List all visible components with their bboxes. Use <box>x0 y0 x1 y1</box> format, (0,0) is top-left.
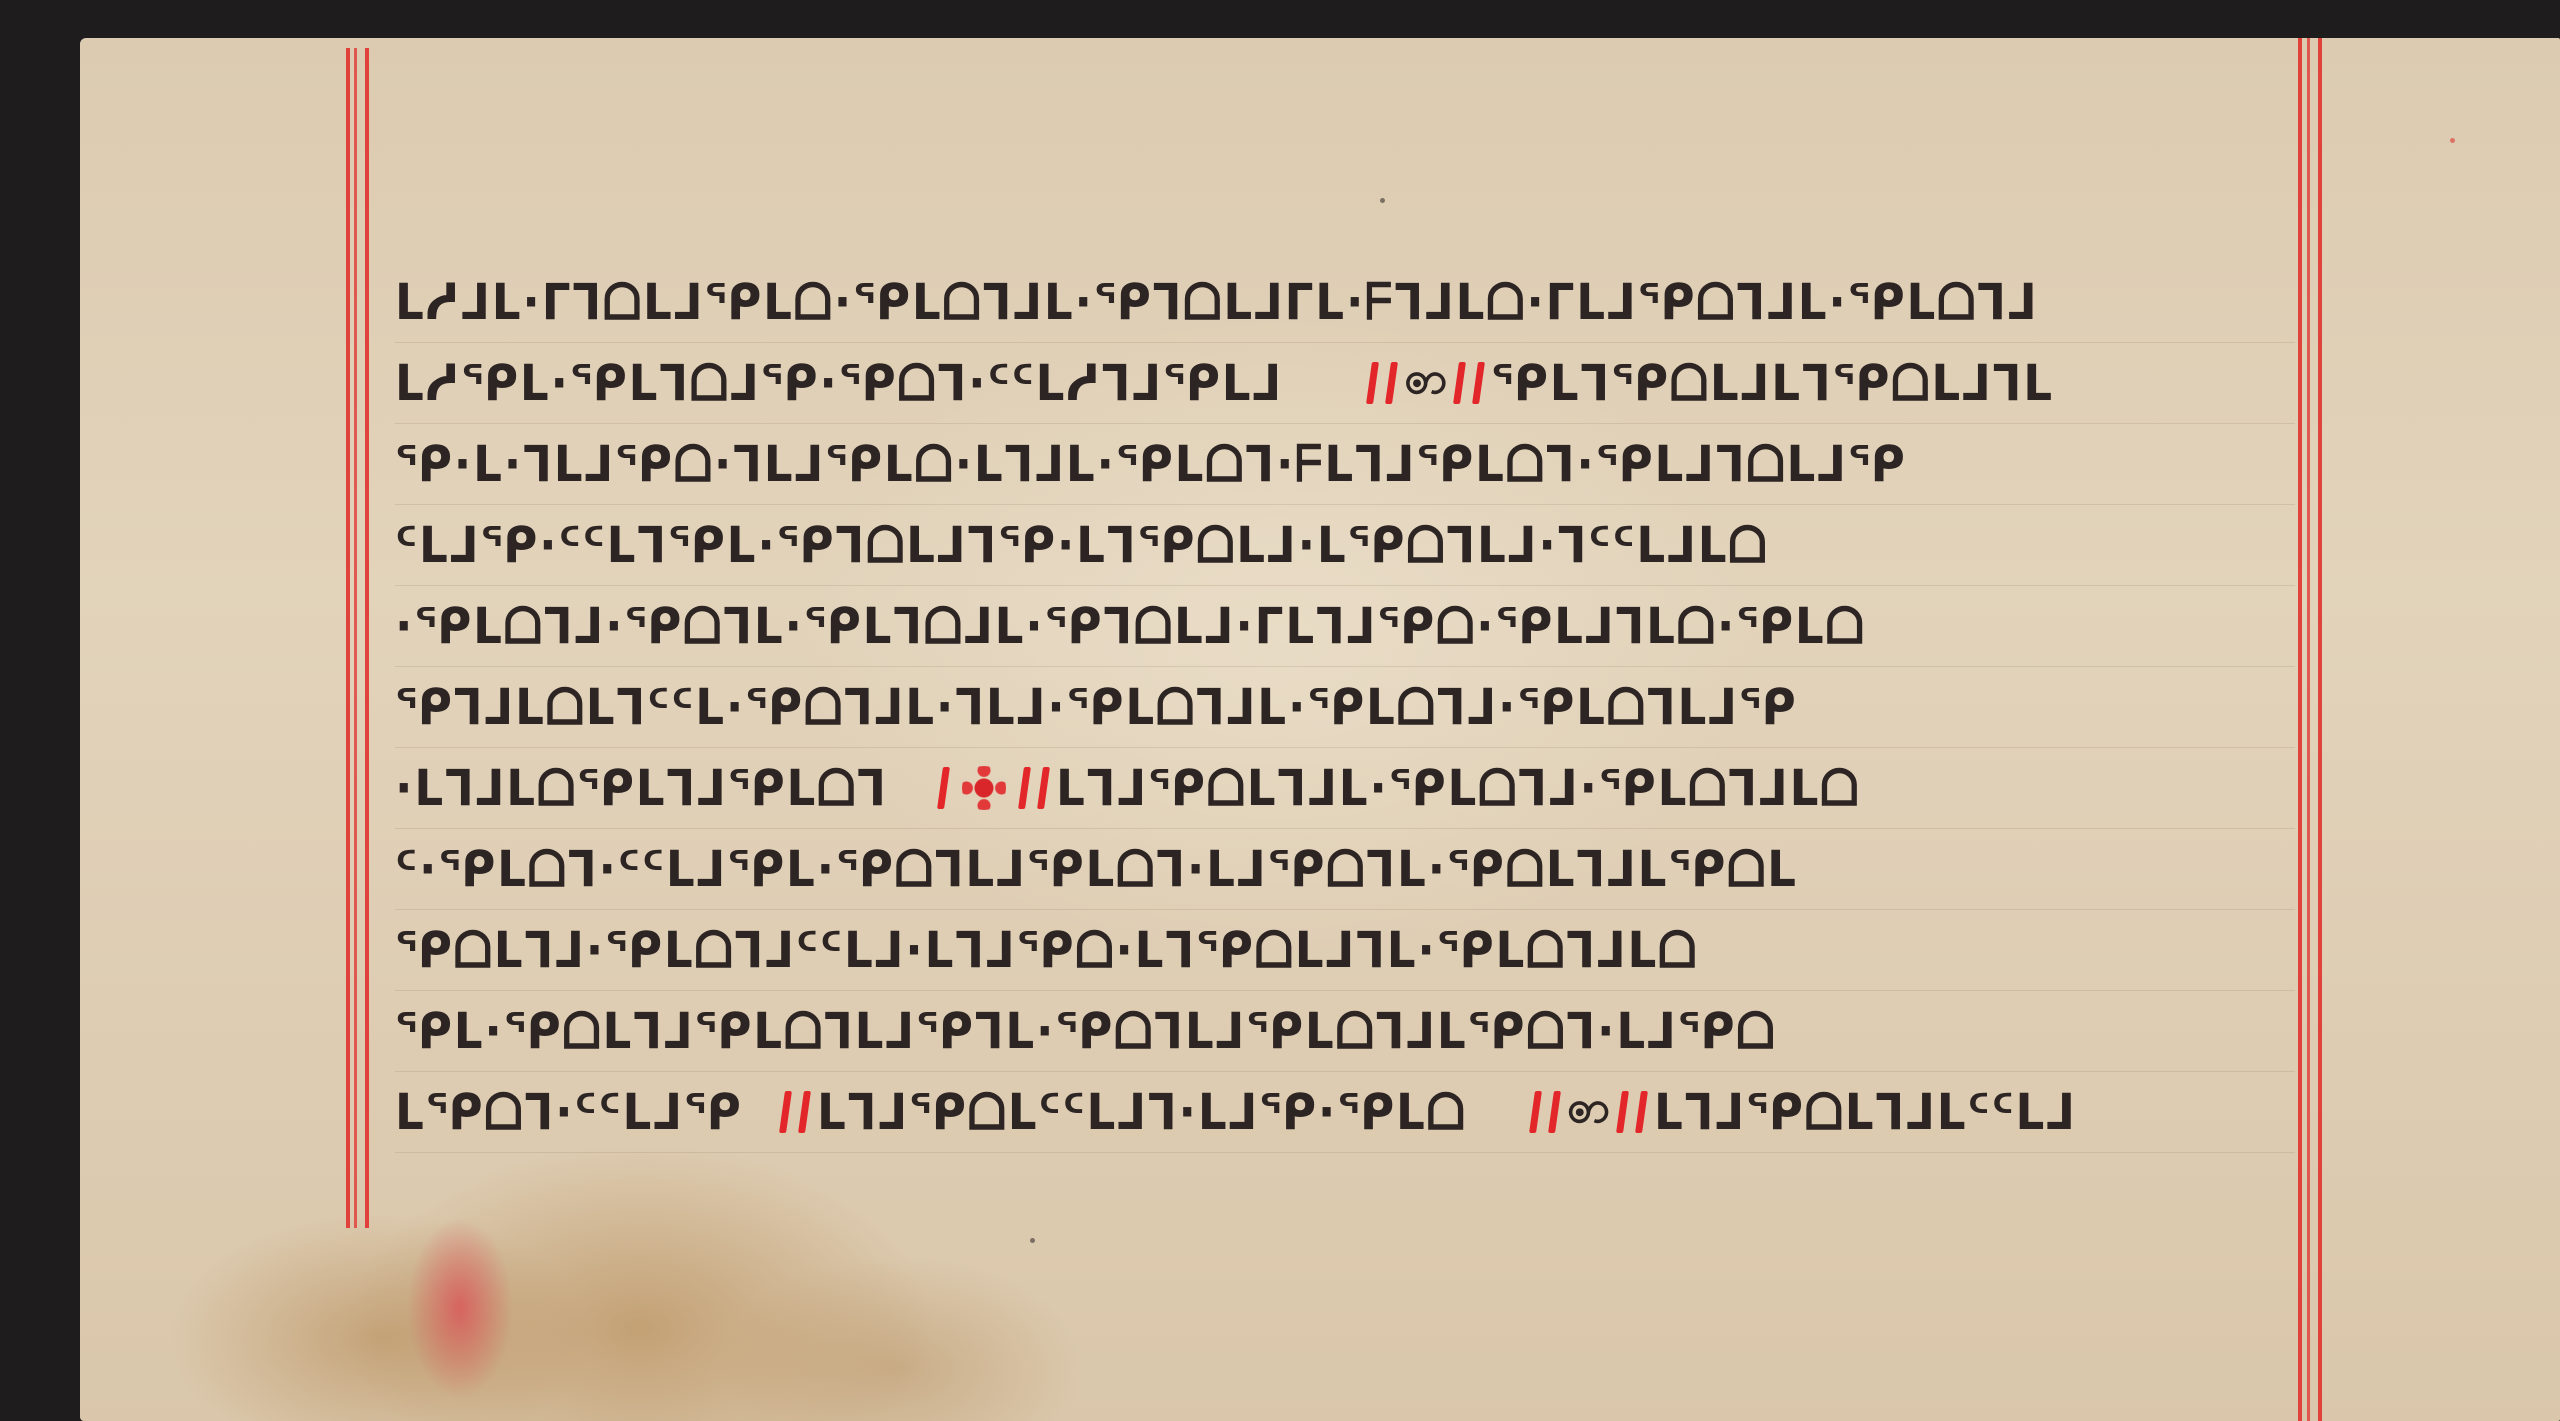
red-ink-stain <box>380 1188 540 1421</box>
text-line-4: ᑦᒪᒧᕿ·ᑦᑦᒪᒣᕿᒪ·ᕿᒣᗝᒪᒧᒣᕿ·ᒪᒣᕿᗝᒪᒧ·ᒪᕿᗝᒣᒪᒧ·ᒣᑦᑦᒪᒧᒪ… <box>395 505 2295 586</box>
line-glyphs: ᑦᒪᒧᕿ·ᑦᑦᒪᒣᕿᒪ·ᕿᒣᗝᒪᒧᒣᕿ·ᒪᒣᕿᗝᒪᒧ·ᒪᕿᗝᒣᒪᒧ·ᒣᑦᑦᒪᒧᒪ… <box>395 505 1768 585</box>
red-danda-mark <box>1037 767 1050 809</box>
line-glyphs: ᒪᒣᒧᕿᗝᒪᒣᒧᒪ·ᕿᒪᗝᒣᒧ·ᕿᒪᗝᒣᒧᒪᗝ <box>1056 748 1860 828</box>
right-margin-rule-2 <box>2307 38 2310 1421</box>
right-margin-rule-3 <box>2318 38 2322 1421</box>
red-danda-mark <box>798 1091 811 1133</box>
ink-speck <box>1380 198 1385 203</box>
red-danda-mark <box>1385 362 1398 404</box>
ink-speck <box>2450 138 2455 143</box>
ornament-mark: ꩦ <box>1404 351 1447 415</box>
red-danda-mark <box>1453 362 1466 404</box>
red-danda-mark <box>937 767 950 809</box>
text-line-8: ᑦ·ᕿᒪᗝᒣ·ᑦᑦᒪᒧᕿᒪ·ᕿᗝᒣᒪᒧᕿᒪᗝᒣ·ᒪᒧᕿᗝᒣᒪ·ᕿᗝᒪᒣᒧᒪᕿᗝᒪ <box>395 829 2295 910</box>
red-danda-mark <box>1472 362 1485 404</box>
line-glyphs: ᑦ·ᕿᒪᗝᒣ·ᑦᑦᒪᒧᕿᒪ·ᕿᗝᒣᒪᒧᕿᒪᗝᒣ·ᒪᒧᕿᗝᒣᒪ·ᕿᗝᒪᒣᒧᒪᕿᗝᒪ <box>395 829 1798 909</box>
text-line-3: ᕿ·ᒪ·ᒣᒪᒧᕿᗝ·ᒣᒪᒧᕿᒪᗝ·ᒪᒣᒧᒪ·ᕿᒪᗝᒣ·ᖴᒪᒣᒧᕿᒪᗝᒣ·ᕿᒪᒧᒣ… <box>395 424 2295 505</box>
line-glyphs: ᒪᕿᗝᒣ·ᑦᑦᒪᒧᕿ <box>395 1072 743 1152</box>
line-glyphs: ᒪᓱᕿᒪ·ᕿᒪᒣᗝᒧᕿ·ᕿᗝᒣ·ᑦᑦᒪᓱᒣᒧᕿᒪᒧ <box>395 343 1283 423</box>
left-margin-rule-2 <box>354 48 357 1228</box>
text-line-10: ᕿᒪ·ᕿᗝᒪᒣᒧᕿᒪᗝᒣᒪᒧᕿᒣᒪ·ᕿᗝᒣᒪᒧᕿᒪᗝᒣᒧᒪᕿᗝᒣ·ᒪᒧᕿᗝ <box>395 991 2295 1072</box>
text-line-5: ·ᕿᒪᗝᒣᒧ·ᕿᗝᒣᒪ·ᕿᒪᒣᗝᒧᒪ·ᕿᒣᗝᒪᒧ·ᒥᒪᒣᒧᕿᗝ·ᕿᒪᒧᒣᒪᗝ·ᕿ… <box>395 586 2295 667</box>
line-glyphs: ᒪᒣᒧᕿᗝᒪᒣᒧᒪᑦᑦᒪᒧ <box>1654 1072 2077 1152</box>
left-margin-rule-3 <box>365 48 369 1228</box>
text-line-2: ᒪᓱᕿᒪ·ᕿᒪᒣᗝᒧᕿ·ᕿᗝᒣ·ᑦᑦᒪᓱᒣᒧᕿᒪᒧ ꩦ ᕿᒪᒣᕿᗝᒪᒧᒪᒣᕿᗝᒪ… <box>395 343 2295 424</box>
text-line-9: ᕿᗝᒪᒣᒧ·ᕿᒪᗝᒣᒧᑦᑦᒪᒧ·ᒪᒣᒧᕿᗝ·ᒪᒣᕿᗝᒪᒧᒣᒪ·ᕿᒪᗝᒣᒧᒪᗝ <box>395 910 2295 991</box>
line-glyphs: ᕿᒪ·ᕿᗝᒪᒣᒧᕿᒪᗝᒣᒪᒧᕿᒣᒪ·ᕿᗝᒣᒪᒧᕿᒪᗝᒣᒧᒪᕿᗝᒣ·ᒪᒧᕿᗝ <box>395 991 1776 1071</box>
text-line-1: ᒪᓱᒧᒪ·ᒥᒣᗝᒪᒧᕿᒪᗝ·ᕿᒪᗝᒣᒧᒪ·ᕿᒣᗝᒪᒧᒥᒪ·ᖴᒣᒧᒪᗝ·ᒥᒪᒧᕿᗝ… <box>395 262 2295 343</box>
line-glyphs: ᕿᒣᒧᒪᗝᒪᒣᑦᑦᒪ·ᕿᗝᒣᒧᒪ·ᒣᒪᒧ·ᕿᒪᗝᒣᒧᒪ·ᕿᒪᗝᒣᒧ·ᕿᒪᗝᒣᒪᒧ… <box>395 667 1798 747</box>
text-line-11: ᒪᕿᗝᒣ·ᑦᑦᒪᒧᕿ ᒪᒣᒧᕿᗝᒪᑦᑦᒪᒧᒣ·ᒪᒧᕿ·ᕿᒪᗝ ꩦ ᒪᒣᒧᕿᗝᒪᒣ… <box>395 1072 2295 1153</box>
red-danda-mark <box>1616 1091 1629 1133</box>
red-danda-mark <box>1548 1091 1561 1133</box>
line-glyphs: ·ᒪᒣᒧᒪᗝᕿᒪᒣᒧᕿᒪᗝᒣ <box>395 748 888 828</box>
line-glyphs: ᒪᒣᒧᕿᗝᒪᑦᑦᒪᒧᒣ·ᒪᒧᕿ·ᕿᒪᗝ <box>817 1072 1467 1152</box>
red-danda-mark <box>1529 1091 1542 1133</box>
red-danda-mark <box>1366 362 1379 404</box>
ornament-mark: ꩦ <box>1567 1080 1610 1144</box>
left-margin-rule-1 <box>346 48 350 1228</box>
line-glyphs: ᒪᓱᒧᒪ·ᒥᒣᗝᒪᒧᕿᒪᗝ·ᕿᒪᗝᒣᒧᒪ·ᕿᒣᗝᒪᒧᒥᒪ·ᖴᒣᒧᒪᗝ·ᒥᒪᒧᕿᗝ… <box>395 262 2038 342</box>
line-glyphs: ᕿ·ᒪ·ᒣᒪᒧᕿᗝ·ᒣᒪᒧᕿᒪᗝ·ᒪᒣᒧᒪ·ᕿᒪᗝᒣ·ᖴᒪᒣᒧᕿᒪᗝᒣ·ᕿᒪᒧᒣ… <box>395 424 1907 504</box>
right-margin-rule-1 <box>2298 38 2302 1421</box>
text-line-7: ·ᒪᒣᒧᒪᗝᕿᒪᒣᒧᕿᒪᗝᒣ ᒪᒣᒧᕿᗝᒪᒣᒧᒪ·ᕿᒪᗝᒣᒧ·ᕿᒪᗝᒣᒧᒪᗝ <box>395 748 2295 829</box>
red-danda-mark <box>779 1091 792 1133</box>
ink-speck <box>1030 1238 1035 1243</box>
red-rosette-icon <box>962 766 1006 810</box>
manuscript-text-block: ᒪᓱᒧᒪ·ᒥᒣᗝᒪᒧᕿᒪᗝ·ᕿᒪᗝᒣᒧᒪ·ᕿᒣᗝᒪᒧᒥᒪ·ᖴᒣᒧᒪᗝ·ᒥᒪᒧᕿᗝ… <box>395 262 2295 1153</box>
red-danda-mark <box>1018 767 1031 809</box>
line-glyphs: ᕿᒪᒣᕿᗝᒪᒧᒪᒣᕿᗝᒪᒧᒣᒪ <box>1491 343 2054 423</box>
red-danda-mark <box>1635 1091 1648 1133</box>
line-glyphs: ᕿᗝᒪᒣᒧ·ᕿᒪᗝᒣᒧᑦᑦᒪᒧ·ᒪᒣᒧᕿᗝ·ᒪᒣᕿᗝᒪᒧᒣᒪ·ᕿᒪᗝᒣᒧᒪᗝ <box>395 910 1698 990</box>
line-glyphs: ·ᕿᒪᗝᒣᒧ·ᕿᗝᒣᒪ·ᕿᒪᒣᗝᒧᒪ·ᕿᒣᗝᒪᒧ·ᒥᒪᒣᒧᕿᗝ·ᕿᒪᒧᒣᒪᗝ·ᕿ… <box>395 586 1866 666</box>
text-line-6: ᕿᒣᒧᒪᗝᒪᒣᑦᑦᒪ·ᕿᗝᒣᒧᒪ·ᒣᒪᒧ·ᕿᒪᗝᒣᒧᒪ·ᕿᒪᗝᒣᒧ·ᕿᒪᗝᒣᒪᒧ… <box>395 667 2295 748</box>
